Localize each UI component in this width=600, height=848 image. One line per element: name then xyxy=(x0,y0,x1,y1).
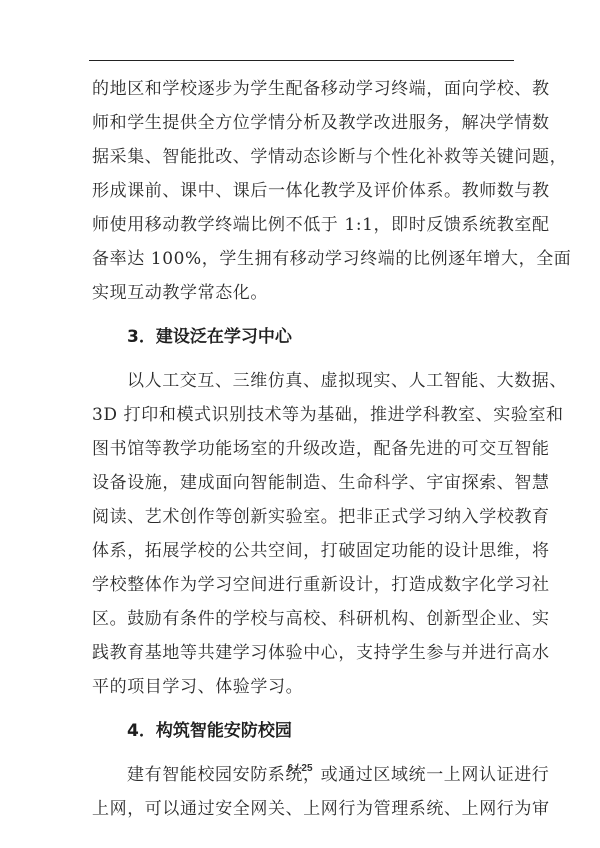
text-line: 图书馆等教学功能场室的升级改造，配备先进的可交互智能 xyxy=(92,432,514,466)
text-line: 上网，可以通过安全网关、上网行为管理系统、上网行为审 xyxy=(92,792,514,826)
text-line: 践教育基地等共建学习体验中心，支持学生参与并进行高水 xyxy=(92,636,514,670)
text-line: 形成课前、课中、课后一体化教学及评价体系。教师数与教 xyxy=(92,174,514,208)
text-line: 师使用移动教学终端比例不低于 1:1，即时反馈系统教室配 xyxy=(92,208,514,242)
text-line: 的地区和学校逐步为学生配备移动学习终端，面向学校、教 xyxy=(92,72,514,106)
section-4-heading: 4．构筑智能安防校园 xyxy=(92,711,514,751)
page-body: 的地区和学校逐步为学生配备移动学习终端，面向学校、教 师和学生提供全方位学情分析… xyxy=(92,72,514,826)
section-3-heading: 3．建设泛在学习中心 xyxy=(92,317,514,357)
text-line: 师和学生提供全方位学情分析及教学改进服务，解决学情数 xyxy=(92,106,514,140)
text-line: 体系，拓展学校的公共空间，打破固定功能的设计思维，将 xyxy=(92,534,514,568)
text-line: 阅读、艺术创作等创新实验室。把非正式学习纳入学校教育 xyxy=(92,500,514,534)
text-line: 备率达 100%，学生拥有移动学习终端的比例逐年增大，全面 xyxy=(92,242,514,276)
text-line: 据采集、智能批改、学情动态诊断与个性化补救等关键问题， xyxy=(92,140,514,174)
paragraph-1: 的地区和学校逐步为学生配备移动学习终端，面向学校、教 师和学生提供全方位学情分析… xyxy=(92,72,514,310)
text-line: 平的项目学习、体验学习。 xyxy=(92,670,514,704)
text-line: 实现互动教学常态化。 xyxy=(92,276,514,310)
page-number: 6 / 25 xyxy=(0,763,600,774)
text-line: 以人工交互、三维仿真、虚拟现实、人工智能、大数据、 xyxy=(92,364,514,398)
header-rule xyxy=(89,60,514,61)
text-line: 区。鼓励有条件的学校与高校、科研机构、创新型企业、实 xyxy=(92,602,514,636)
text-line: 学校整体作为学习空间进行重新设计，打造成数字化学习社 xyxy=(92,568,514,602)
text-line: 设备设施，建成面向智能制造、生命科学、宇宙探索、智慧 xyxy=(92,466,514,500)
text-line: 3D 打印和模式识别技术等为基础，推进学科教室、实验室和 xyxy=(92,398,514,432)
section-3-paragraph: 以人工交互、三维仿真、虚拟现实、人工智能、大数据、 3D 打印和模式识别技术等为… xyxy=(92,364,514,704)
